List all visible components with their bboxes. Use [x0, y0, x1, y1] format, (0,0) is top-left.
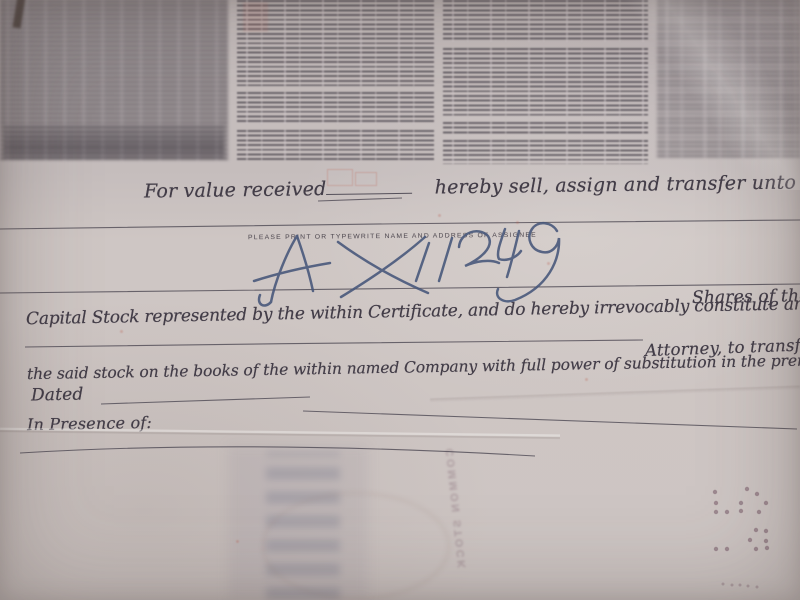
- paper-speck: [438, 214, 441, 217]
- paper-speck: [236, 540, 239, 543]
- paper-wrinkle-highlight: [590, 0, 800, 190]
- punch-hole-dots: [713, 487, 769, 551]
- hw-digit-1a: [416, 243, 429, 281]
- hw-A-crossbar: [254, 263, 330, 281]
- hw-A-left: [271, 236, 297, 302]
- paper-speck: [120, 330, 123, 333]
- paper-speck: [547, 262, 550, 265]
- ruled-lines: [0, 198, 800, 456]
- dated-blank-line: [101, 397, 310, 404]
- signature-line: [303, 411, 797, 429]
- punch-hole-dots-small: [722, 583, 759, 589]
- assignee-top-rule: [0, 220, 800, 229]
- hw-digit-2: [459, 231, 499, 266]
- witness-line: [20, 447, 535, 456]
- handwriting-ax11249: [254, 223, 559, 305]
- attorney-blank-rule: [25, 340, 643, 347]
- assignee-bottom-rule: [0, 284, 800, 293]
- certificate-photo: COMMON STOCK For value received hereby s…: [0, 0, 800, 600]
- paper-speck: [516, 221, 519, 224]
- hw-X-stroke1: [338, 242, 428, 293]
- hw-A-hook: [259, 295, 271, 306]
- received-blank-line: [318, 198, 402, 201]
- paper-speck: [585, 378, 588, 381]
- hw-A-right: [297, 236, 313, 291]
- hw-digit-1b: [439, 238, 452, 281]
